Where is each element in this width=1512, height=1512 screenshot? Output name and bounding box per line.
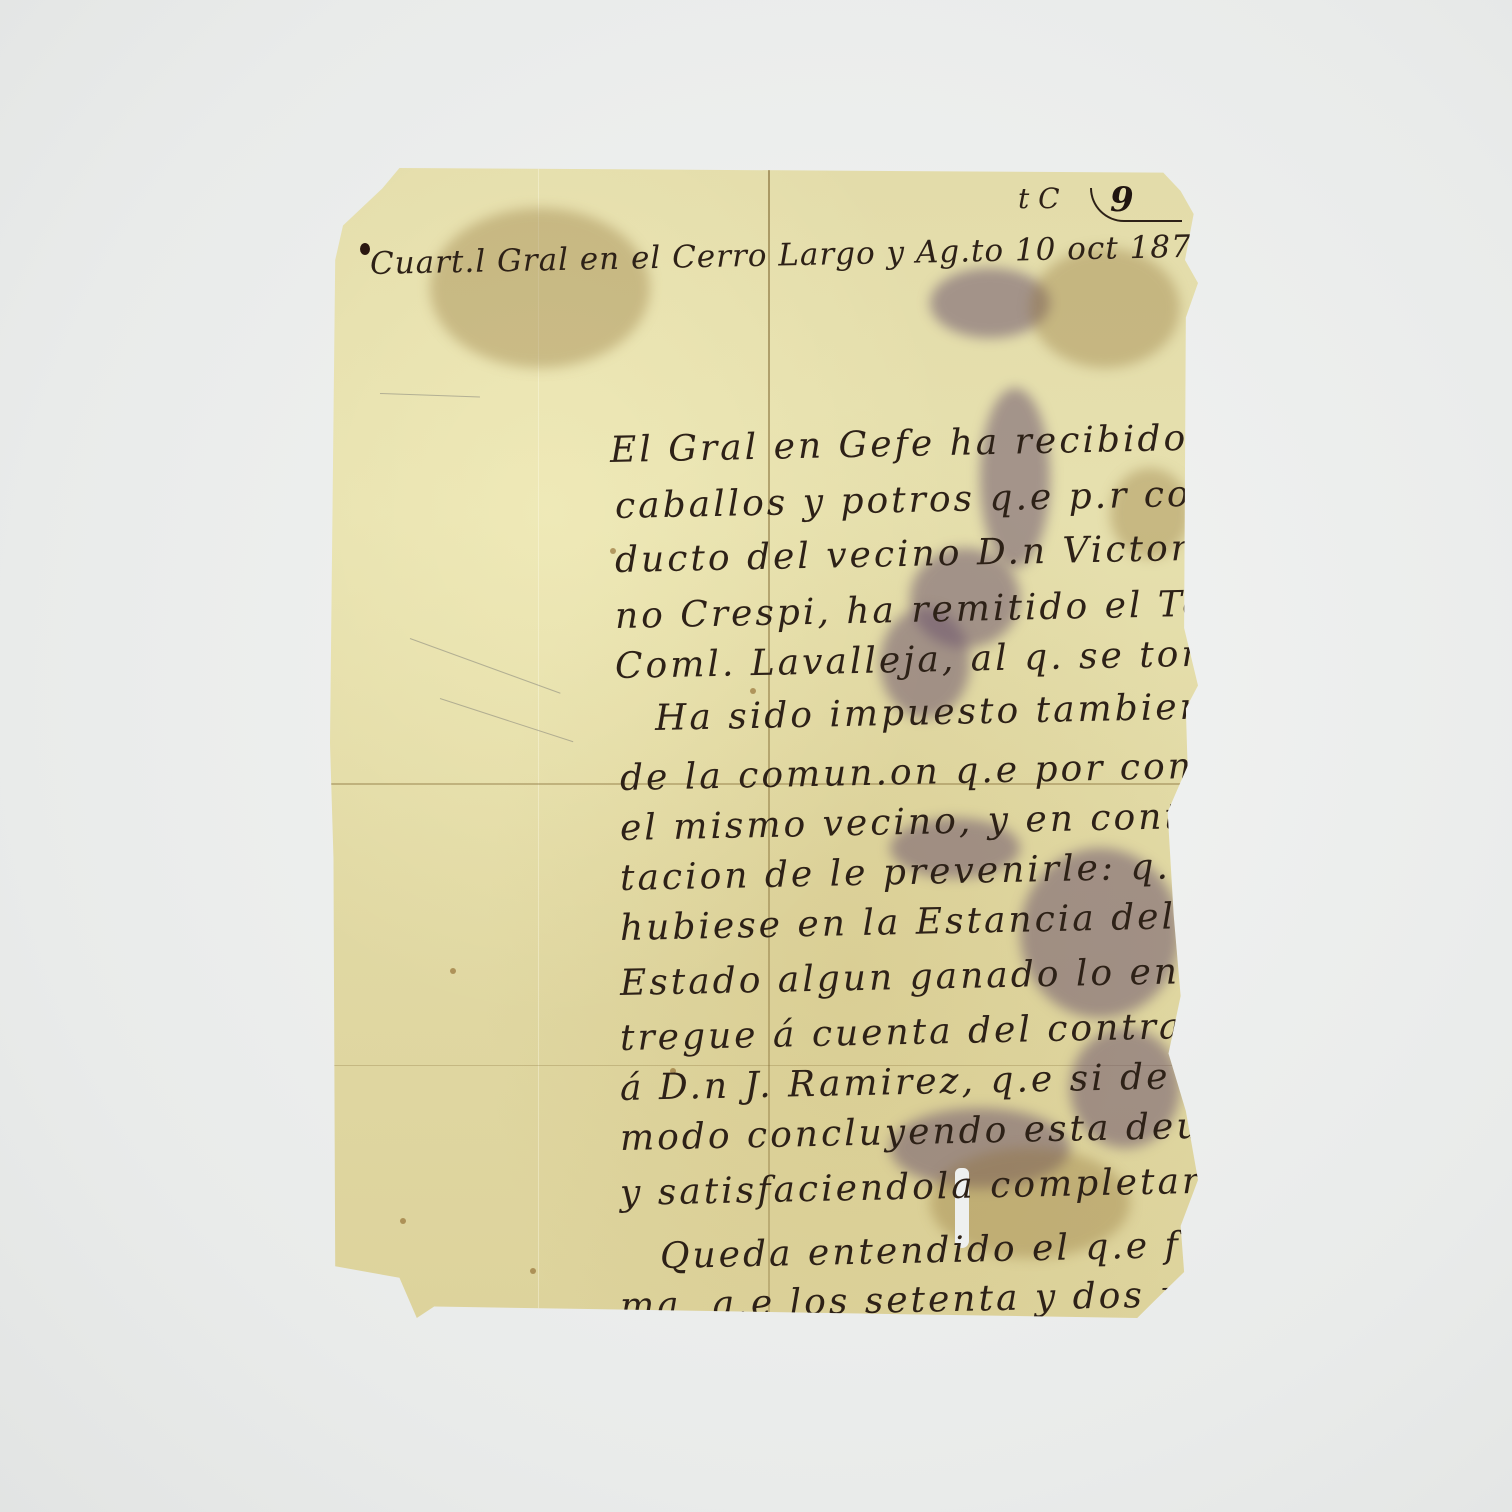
pencil-mark xyxy=(380,393,480,397)
body-line: El Gral en Gefe ha recibido por xyxy=(610,416,1274,471)
foxing-spot xyxy=(450,968,456,974)
folio-number: 9 xyxy=(1110,180,1134,220)
body-line: el mismo vecino, y en contes- xyxy=(620,795,1244,849)
marginal-note: t C xyxy=(1018,182,1060,215)
body-line: modo concluyendo esta deuda xyxy=(620,1105,1254,1159)
stain xyxy=(430,208,650,368)
foxing-spot xyxy=(530,1268,536,1274)
pencil-mark xyxy=(440,698,573,742)
folio-flourish xyxy=(1090,188,1182,222)
foxing-spot xyxy=(750,688,756,694)
body-line: Coml. Lavalleja, al q. se toma- xyxy=(615,633,1259,687)
document-sheet: t C 9 Cuart.l Gral en el Cerro Largo y A… xyxy=(330,168,1198,1318)
body-line: ducto del vecino D.n Victoria- xyxy=(615,527,1246,581)
foxing-spot xyxy=(400,1218,406,1224)
body-line: Ha sido impuesto tambien xyxy=(655,686,1207,739)
ink-blot xyxy=(360,243,370,255)
body-line: y satisfaciendola completam.te xyxy=(620,1159,1276,1214)
